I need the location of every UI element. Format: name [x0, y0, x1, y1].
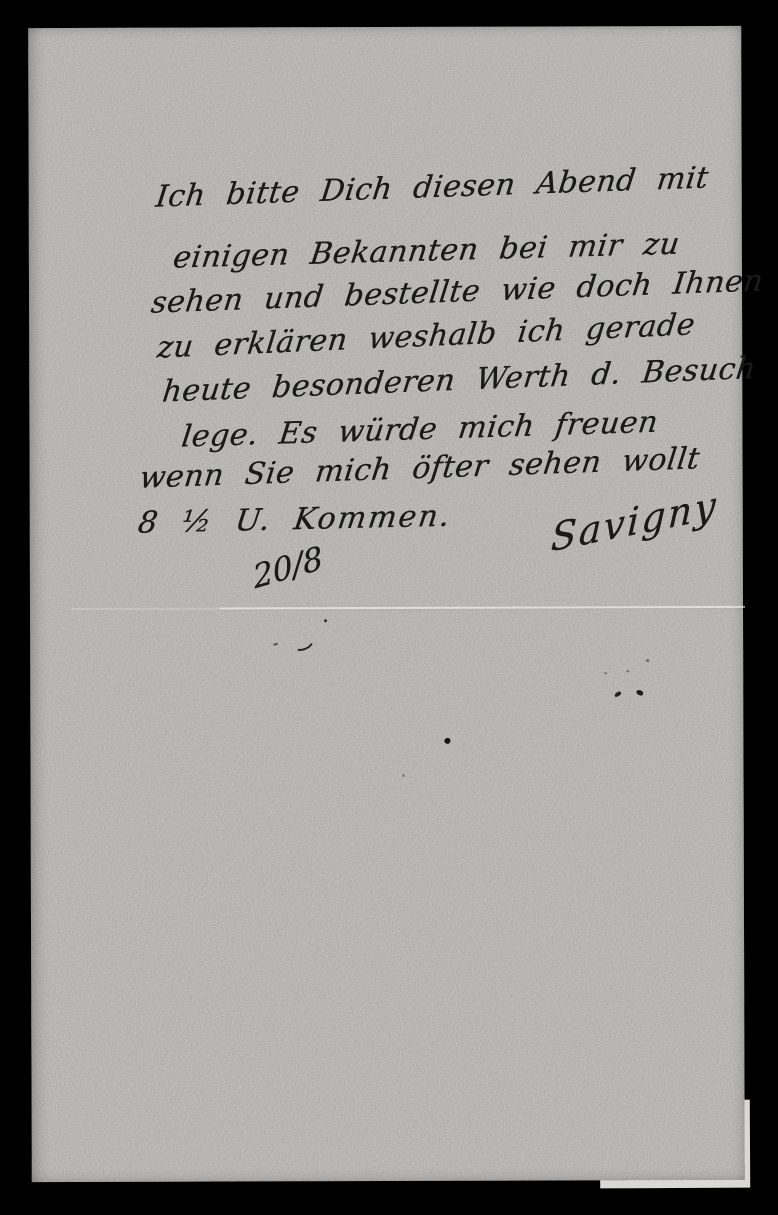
letter-page: Ich bitte Dich diesen Abend mit einigen …: [28, 26, 745, 1182]
signature: Savigny: [550, 482, 719, 560]
handwritten-line-8: 8 ½ U. Kommen.: [136, 499, 454, 541]
ink-speck: [273, 643, 278, 646]
ink-blot: [444, 737, 451, 744]
ink-speck: [614, 691, 622, 698]
ink-flourish: [290, 631, 316, 654]
ink-speck: [604, 672, 607, 674]
scan-backdrop: Ich bitte Dich diesen Abend mit einigen …: [0, 0, 778, 1215]
date-notation: 20/8: [251, 538, 325, 596]
fold-crease: [220, 606, 745, 610]
ink-speck: [324, 619, 327, 622]
ink-speck: [646, 659, 649, 662]
ink-speck: [636, 689, 644, 696]
ink-speck: [626, 670, 629, 672]
handwritten-line-1: Ich bitte Dich diesen Abend mit: [154, 160, 711, 214]
ink-speck: [403, 774, 405, 777]
